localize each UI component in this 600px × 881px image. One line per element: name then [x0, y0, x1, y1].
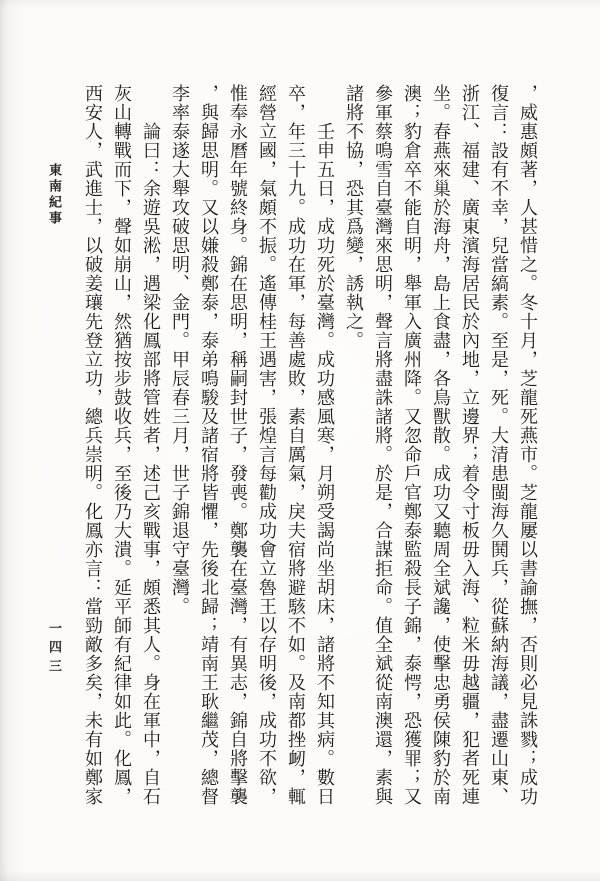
text-column: 浙江、福建、廣東濱海居民於內地，立邊界；着令寸板毋入海、粒米毋越疆，犯者死連: [455, 84, 484, 844]
text-column: 經營立國，氣頗不振。遙傳桂王遇害，張煌言每勸成功會立魯王以存明後，成功不欲，: [252, 84, 281, 844]
text-column: 諸將不協，恐其爲變，誘執之。: [339, 84, 368, 844]
text-column: 坐。春燕來巢於海舟，島上食盡，各鳥獸散。成功又聽周全斌讒，使擊忠勇侯陳豹於南: [426, 84, 455, 844]
text-column: 澳；豹倉卒不能自明，舉軍入廣州降。又忽命戶官鄭泰監殺長子錦，泰愕，恐獲罪；又: [397, 84, 426, 844]
text-column: 李率泰遂大舉攻破思明、金門。甲辰春三月，世子錦退守臺灣。: [165, 84, 194, 844]
main-text-block: ，威惠頗著，人甚惜之。冬十月，芝龍死燕市。芝龍屢以書諭撫，否則必見誅戮；成功 復…: [78, 84, 542, 844]
book-title-margin-label: 東南紀事: [45, 163, 64, 227]
text-column: ，威惠頗著，人甚惜之。冬十月，芝龍死燕市。芝龍屢以書諭撫，否則必見誅戮；成功: [513, 84, 542, 844]
scanned-book-page: 東南紀事 一四三 ，威惠頗著，人甚惜之。冬十月，芝龍死燕市。芝龍屢以書諭撫，否則…: [0, 0, 600, 881]
text-column: ，與歸思明。又以嫌殺鄭泰，泰弟鳴駿及諸宿將皆懼，先後北歸；靖南王耿繼茂，總督: [194, 84, 223, 844]
page-number: 一四三: [45, 621, 64, 678]
text-column: 灰山轉戰而下，聲如崩山，然猶按步鼓收兵，至後乃大潰。延平師有紀律如此。化鳳，: [107, 84, 136, 844]
text-column: 參軍蔡鳴雪自臺灣來思明，聲言將盡誅諸將。於是，合謀拒命。值全斌從南澳還，素與: [368, 84, 397, 844]
text-column: 復言：設有不幸，兒當縞素。至是，死。大清患閩海久鬨兵，從蘇納海議，盡遷山東、: [484, 84, 513, 844]
text-column: 壬申五日，成功死於臺灣。成功感風寒，月朔受謁尚坐胡床，諸將不知其病。數日: [310, 84, 339, 844]
text-column: 西安人，武進士，以破姜瓖先登立功，總兵崇明。化鳳亦言：當勁敵多矣，未有如鄭家: [78, 84, 107, 844]
text-column: 論曰：余遊吳淞，遇梁化鳳部將管姓者，述己亥戰事，頗悉其人。身在軍中，自石: [136, 84, 165, 844]
text-column: 卒，年三十九。成功在軍，每善處敗，素自厲氣，戾夫宿將避駭不如。及南都挫衂，輒: [281, 84, 310, 844]
text-column: 惟奉永曆年號終身。錦在思明，稱嗣封世子，發喪。鄭襲在臺灣，有異志，錦自將擊襲: [223, 84, 252, 844]
